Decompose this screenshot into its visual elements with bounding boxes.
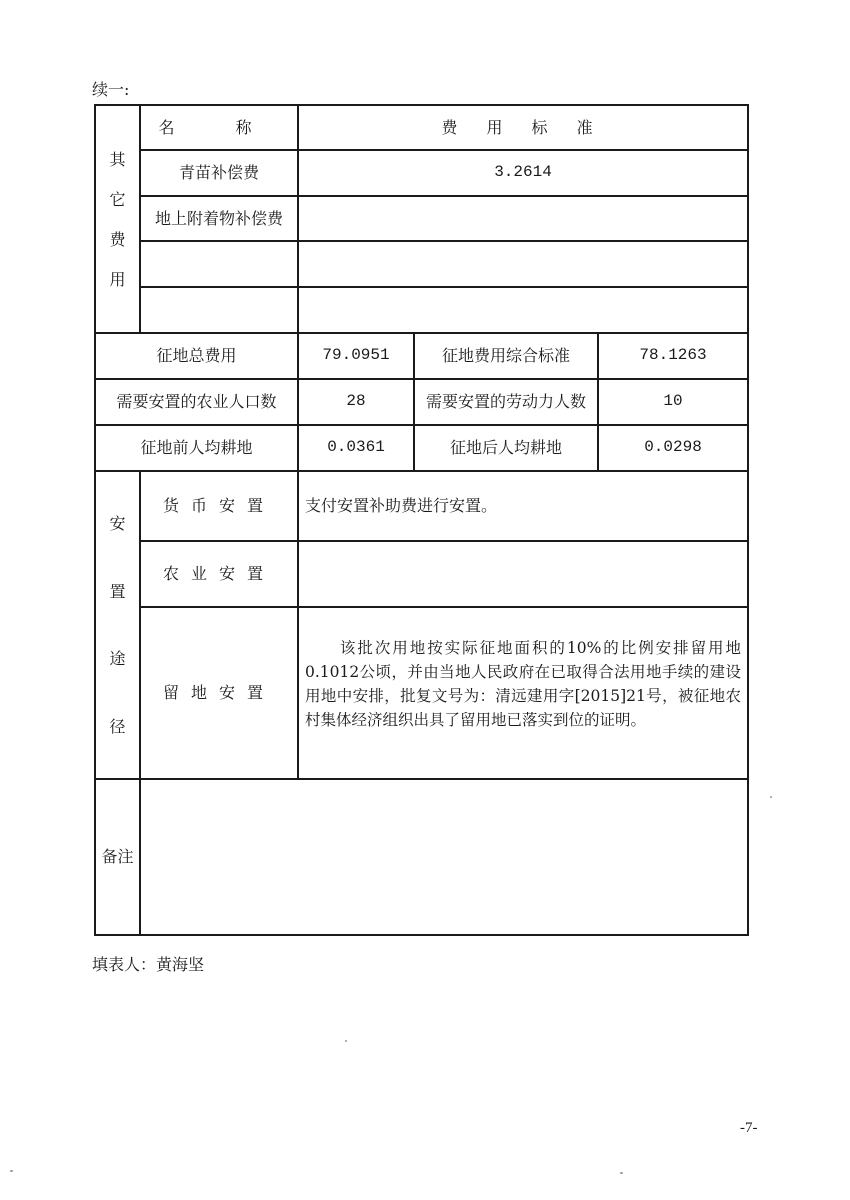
section-char: 径 <box>109 717 125 736</box>
fee-name: 地上附着物补偿费 <box>141 197 297 240</box>
remarks-label: 备注 <box>96 780 139 934</box>
section-char: 安 <box>109 514 125 533</box>
fee-name <box>141 242 297 286</box>
section-char: 用 <box>109 270 125 289</box>
scan-speck <box>345 1040 347 1042</box>
fee-standard <box>299 288 747 332</box>
fee-name <box>141 288 297 332</box>
summary-value: 0.0361 <box>299 426 413 470</box>
page-number: -7- <box>740 1120 758 1137</box>
summary-label: 征地总费用 <box>96 334 297 378</box>
resettlement-content: 支付安置补助费进行安置。 <box>299 472 747 540</box>
scan-speck <box>770 796 772 798</box>
remarks-content <box>141 780 747 934</box>
section-char: 其 <box>109 150 125 169</box>
continuation-label: 续一: <box>92 77 129 100</box>
summary-label: 征地前人均耕地 <box>96 426 297 470</box>
section-char: 它 <box>109 190 125 209</box>
section-char: 置 <box>109 582 125 601</box>
summary-label: 征地费用综合标准 <box>415 334 597 378</box>
resettlement-content <box>299 542 747 606</box>
table-border-bottom <box>94 934 749 936</box>
table-border-right <box>747 104 749 936</box>
fee-standard: 3.2614 <box>299 151 747 195</box>
scan-speck <box>620 1172 623 1174</box>
column-header-standard: 费 用 标 准 <box>299 106 747 149</box>
column-header-name: 名 称 <box>141 106 297 149</box>
fee-standard <box>299 197 747 240</box>
other-fees-section-label: 其 它 费 用 <box>96 140 139 300</box>
summary-label: 征地后人均耕地 <box>415 426 597 470</box>
resettlement-type: 货币安置 <box>141 472 297 540</box>
section-char: 途 <box>109 649 125 668</box>
resettlement-section-label: 安 置 途 径 <box>96 490 139 760</box>
resettlement-type: 农业安置 <box>141 542 297 606</box>
summary-value: 10 <box>599 380 747 424</box>
summary-label: 需要安置的劳动力人数 <box>415 380 597 424</box>
fee-name: 青苗补偿费 <box>141 151 297 195</box>
summary-value: 78.1263 <box>599 334 747 378</box>
fee-standard <box>299 242 747 286</box>
summary-value: 79.0951 <box>299 334 413 378</box>
summary-value: 28 <box>299 380 413 424</box>
form-filler: 填表人：黄海坚 <box>92 952 204 975</box>
section-char: 费 <box>109 230 125 249</box>
summary-label: 需要安置的农业人口数 <box>96 380 297 424</box>
reserved-land-description: 该批次用地按实际征地面积的10%的比例安排留用地0.1012公顷，并由当地人民政… <box>299 636 747 732</box>
summary-value: 0.0298 <box>599 426 747 470</box>
resettlement-type: 留地安置 <box>141 608 297 778</box>
scan-speck <box>10 1170 13 1172</box>
